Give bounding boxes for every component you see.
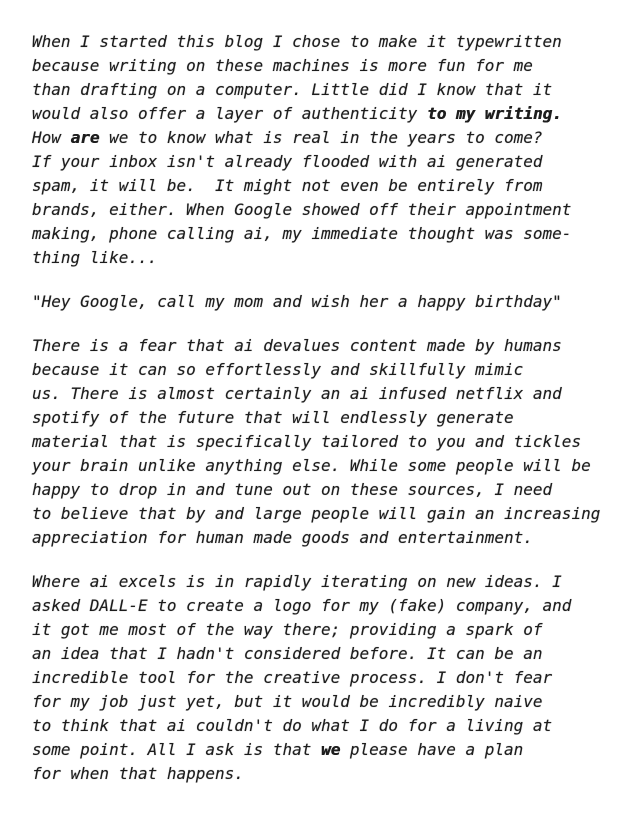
typed-line: it got me most of the way there; providi…	[32, 618, 620, 642]
typed-text: it got me most of the way there; providi…	[32, 620, 543, 639]
typed-text: incredible tool for the creative process…	[32, 668, 552, 687]
typed-text: There is a fear that ai devalues content…	[32, 336, 562, 355]
typed-line: appreciation for human made goods and en…	[32, 526, 620, 550]
double-struck-text: we	[321, 740, 340, 759]
typed-text: your brain unlike anything else. While s…	[32, 456, 591, 475]
typed-text: us. There is almost certainly an ai infu…	[32, 384, 562, 403]
typed-line: When I started this blog I chose to make…	[32, 30, 620, 54]
typed-line: thing like...	[32, 246, 620, 270]
typed-text: please have a plan	[340, 740, 523, 759]
quote-paragraph: "Hey Google, call my mom and wish her a …	[32, 290, 620, 314]
typed-text: some point. All I ask is that	[32, 740, 321, 759]
typed-text: material that is specifically tailored t…	[32, 432, 581, 451]
typed-text: How	[32, 128, 71, 147]
paragraph: There is a fear that ai devalues content…	[32, 334, 620, 550]
typed-line: to believe that by and large people will…	[32, 502, 620, 526]
typed-line: to think that ai couldn't do what I do f…	[32, 714, 620, 738]
typed-text: happy to drop in and tune out on these s…	[32, 480, 552, 499]
typed-line: Where ai excels is in rapidly iterating …	[32, 570, 620, 594]
typed-text: appreciation for human made goods and en…	[32, 528, 533, 547]
typed-line: material that is specifically tailored t…	[32, 430, 620, 454]
typed-text: to think that ai couldn't do what I do f…	[32, 716, 552, 735]
typed-text: because writing on these machines is mor…	[32, 56, 533, 75]
typed-line: your brain unlike anything else. While s…	[32, 454, 620, 478]
typed-text: because it can so effortlessly and skill…	[32, 360, 523, 379]
double-struck-text: are	[71, 128, 100, 147]
typed-line: brands, either. When Google showed off t…	[32, 198, 620, 222]
typed-line: some point. All I ask is that we please …	[32, 738, 620, 762]
paragraph: When I started this blog I chose to make…	[32, 30, 620, 270]
typed-line: for my job just yet, but it would be inc…	[32, 690, 620, 714]
typed-line: spotify of the future that will endlessl…	[32, 406, 620, 430]
typed-text: If your inbox isn't already flooded with…	[32, 152, 543, 171]
typed-text: "Hey Google, call my mom and wish her a …	[32, 292, 562, 311]
typed-line: making, phone calling ai, my immediate t…	[32, 222, 620, 246]
typed-line: us. There is almost certainly an ai infu…	[32, 382, 620, 406]
typed-line: for when that happens.	[32, 762, 620, 786]
typed-line: happy to drop in and tune out on these s…	[32, 478, 620, 502]
typed-text: for my job just yet, but it would be inc…	[32, 692, 543, 711]
double-struck-text: to my writing.	[427, 104, 562, 123]
typed-line: because writing on these machines is mor…	[32, 54, 620, 78]
typed-text: brands, either. When Google showed off t…	[32, 200, 571, 219]
typed-text: Where ai excels is in rapidly iterating …	[32, 572, 562, 591]
typed-text: When I started this blog I chose to make…	[32, 32, 562, 51]
typed-line: because it can so effortlessly and skill…	[32, 358, 620, 382]
typed-text: than drafting on a computer. Little did …	[32, 80, 552, 99]
typed-line: How are we to know what is real in the y…	[32, 126, 620, 150]
typed-line: incredible tool for the creative process…	[32, 666, 620, 690]
typed-line: an idea that I hadn't considered before.…	[32, 642, 620, 666]
typed-line: "Hey Google, call my mom and wish her a …	[32, 290, 620, 314]
paragraph: Where ai excels is in rapidly iterating …	[32, 570, 620, 786]
typed-text: to believe that by and large people will…	[32, 504, 600, 523]
typed-text: for when that happens.	[32, 764, 244, 783]
typed-line: There is a fear that ai devalues content…	[32, 334, 620, 358]
typed-text: spotify of the future that will endlessl…	[32, 408, 514, 427]
typed-text: we to know what is real in the years to …	[99, 128, 542, 147]
typed-text: thing like...	[32, 248, 157, 267]
typed-line: spam, it will be. It might not even be e…	[32, 174, 620, 198]
typed-text: spam, it will be. It might not even be e…	[32, 176, 543, 195]
typed-line: If your inbox isn't already flooded with…	[32, 150, 620, 174]
typed-text: asked DALL-E to create a logo for my (fa…	[32, 596, 571, 615]
typed-line: would also offer a layer of authenticity…	[32, 102, 620, 126]
typed-line: than drafting on a computer. Little did …	[32, 78, 620, 102]
typed-text: would also offer a layer of authenticity	[32, 104, 427, 123]
typed-text: an idea that I hadn't considered before.…	[32, 644, 543, 663]
typed-text-blocks: When I started this blog I chose to make…	[32, 30, 620, 786]
typewritten-page: When I started this blog I chose to make…	[0, 0, 640, 822]
typed-text: making, phone calling ai, my immediate t…	[32, 224, 571, 243]
typed-line: asked DALL-E to create a logo for my (fa…	[32, 594, 620, 618]
